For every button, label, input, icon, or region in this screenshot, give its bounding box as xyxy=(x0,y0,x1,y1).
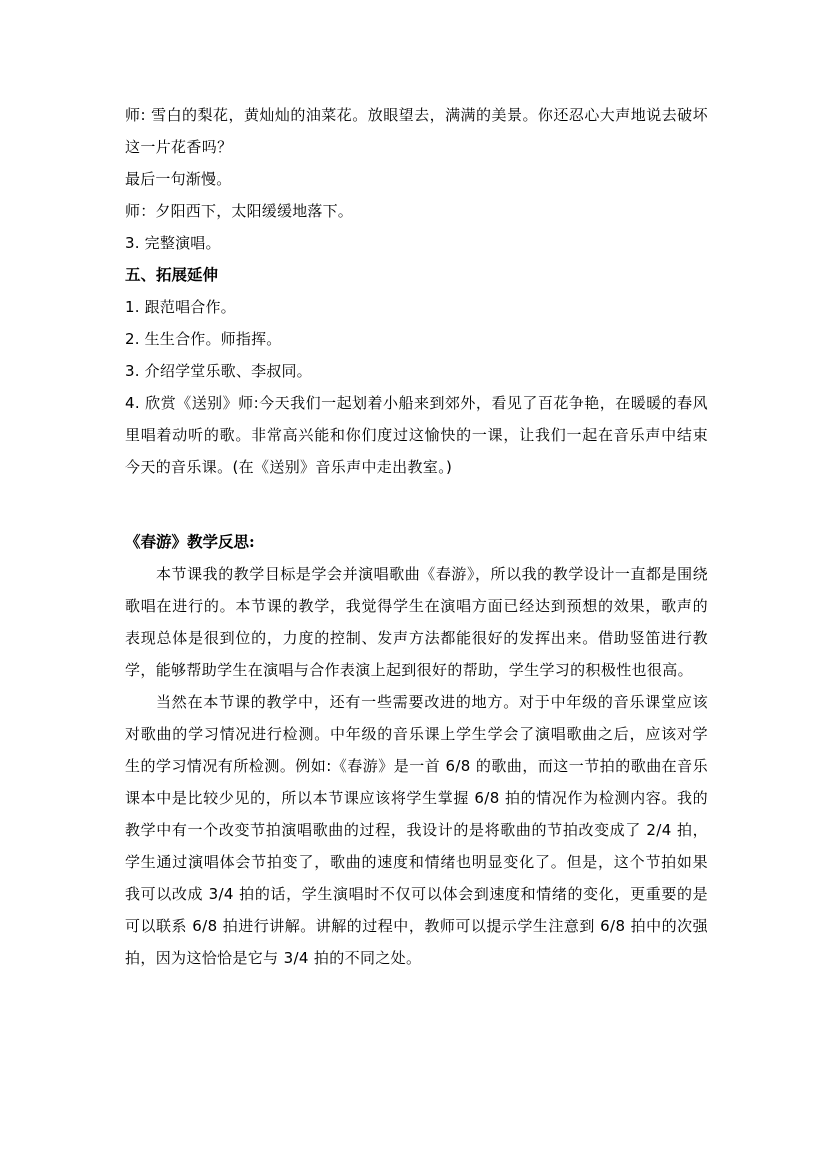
step-line: 3. 完整演唱。 xyxy=(125,227,708,259)
spacer xyxy=(125,483,708,526)
document-page: 师: 雪白的梨花，黄灿灿的油菜花。放眼望去，满满的美景。你还忍心大声地说去破坏这… xyxy=(125,99,708,974)
dialogue-line: 师：夕阳西下，太阳缓缓地落下。 xyxy=(125,195,708,227)
list-item: 2. 生生合作。师指挥。 xyxy=(125,323,708,355)
list-item: 4. 欣赏《送别》师:今天我们一起划着小船来到郊外，看见了百花争艳，在暖暖的春风… xyxy=(125,387,708,483)
list-item: 1. 跟范唱合作。 xyxy=(125,291,708,323)
section-heading-reflection: 《春游》教学反思: xyxy=(125,526,708,558)
section-heading-extend: 五、拓展延伸 xyxy=(125,259,708,291)
dialogue-paragraph: 师: 雪白的梨花，黄灿灿的油菜花。放眼望去，满满的美景。你还忍心大声地说去破坏这… xyxy=(125,99,708,163)
reflection-paragraph: 本节课我的教学目标是学会并演唱歌曲《春游》，所以我的教学设计一直都是围绕歌唱在进… xyxy=(125,558,708,686)
list-item: 3. 介绍学堂乐歌、李叔同。 xyxy=(125,355,708,387)
instruction-line: 最后一句渐慢。 xyxy=(125,163,708,195)
reflection-paragraph: 当然在本节课的教学中，还有一些需要改进的地方。对于中年级的音乐课堂应该对歌曲的学… xyxy=(125,686,708,974)
